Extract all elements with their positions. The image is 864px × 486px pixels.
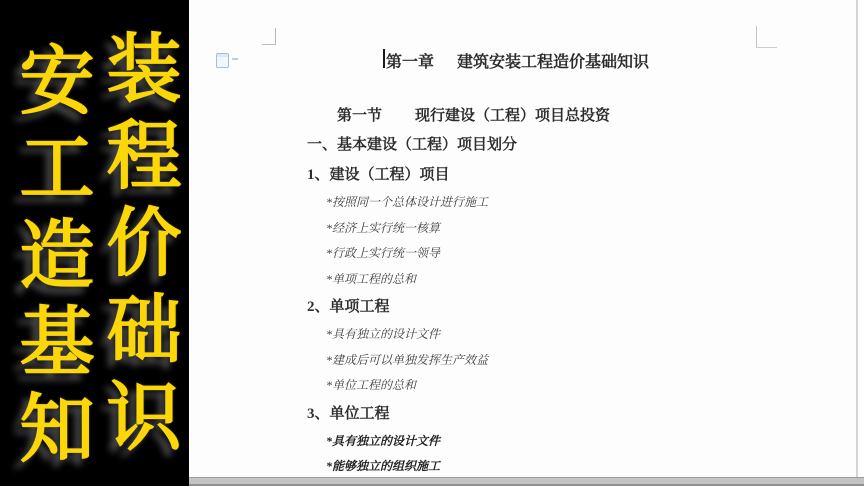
- banner-char: 程: [101, 113, 187, 200]
- body-line: *单项工程的总和: [307, 267, 787, 293]
- banner-char: 识: [101, 374, 187, 461]
- margin-corner-right-icon: [756, 26, 777, 48]
- banner-char: 础: [101, 287, 187, 374]
- banner-char: 安: [14, 38, 100, 125]
- banner-char: 知: [14, 386, 100, 473]
- section-title-text: 现行建设（工程）项目总投资: [415, 108, 610, 124]
- window-bottom-edge: [189, 477, 864, 486]
- body-line: 1、建设（工程）项目: [307, 160, 787, 190]
- section-title: 第一节现行建设（工程）项目总投资: [337, 104, 610, 125]
- body-line: *经济上实行统一核算: [307, 216, 787, 242]
- banner-char: 工: [14, 125, 100, 212]
- body-line: *单位工程的总和: [307, 373, 787, 399]
- chapter-title: 第一章建筑安装工程造价基础知识: [386, 49, 649, 72]
- chapter-number: 第一章: [386, 54, 434, 71]
- body-line: *能够独立的组织施工: [307, 454, 787, 480]
- banner-column-right: 装 程 价 础 识: [101, 26, 187, 461]
- banner-char: 装: [101, 26, 187, 113]
- video-frame: 安 工 造 基 知 装 程 价 础 识 第一章建筑安装工程造价基础知识 第一节现…: [0, 0, 864, 486]
- banner-column-left: 安 工 造 基 知: [14, 38, 100, 473]
- banner-char: 基: [14, 299, 100, 386]
- body-line: *按照同一个总体设计进行施工: [307, 190, 787, 216]
- text-cursor: [383, 49, 385, 68]
- scrollbar[interactable]: [856, 0, 858, 477]
- body-line: 2、单项工程: [307, 292, 787, 322]
- clipboard-icon: [216, 53, 229, 68]
- paste-options-button[interactable]: [216, 53, 238, 68]
- body-line: 3、单位工程: [307, 399, 787, 429]
- banner-char: 造: [14, 212, 100, 299]
- body-line: *行政上实行统一领导: [307, 241, 787, 267]
- margin-corner-left-icon: [262, 28, 276, 45]
- section-number: 第一节: [337, 108, 382, 124]
- dropdown-dash-icon: [232, 58, 238, 60]
- body-line: *具有独立的设计文件: [307, 322, 787, 348]
- document-page[interactable]: 第一章建筑安装工程造价基础知识 第一节现行建设（工程）项目总投资 一、基本建设（…: [189, 0, 864, 486]
- chapter-title-text: 建筑安装工程造价基础知识: [457, 54, 649, 71]
- title-banner: 安 工 造 基 知 装 程 价 础 识: [0, 0, 189, 486]
- body-line: *具有独立的设计文件: [307, 429, 787, 455]
- document-body: 一、基本建设（工程）项目划分 1、建设（工程）项目 *按照同一个总体设计进行施工…: [307, 130, 787, 480]
- body-line: *建成后可以单独发挥生产效益: [307, 348, 787, 374]
- body-line: 一、基本建设（工程）项目划分: [307, 130, 787, 160]
- banner-char: 价: [101, 200, 187, 287]
